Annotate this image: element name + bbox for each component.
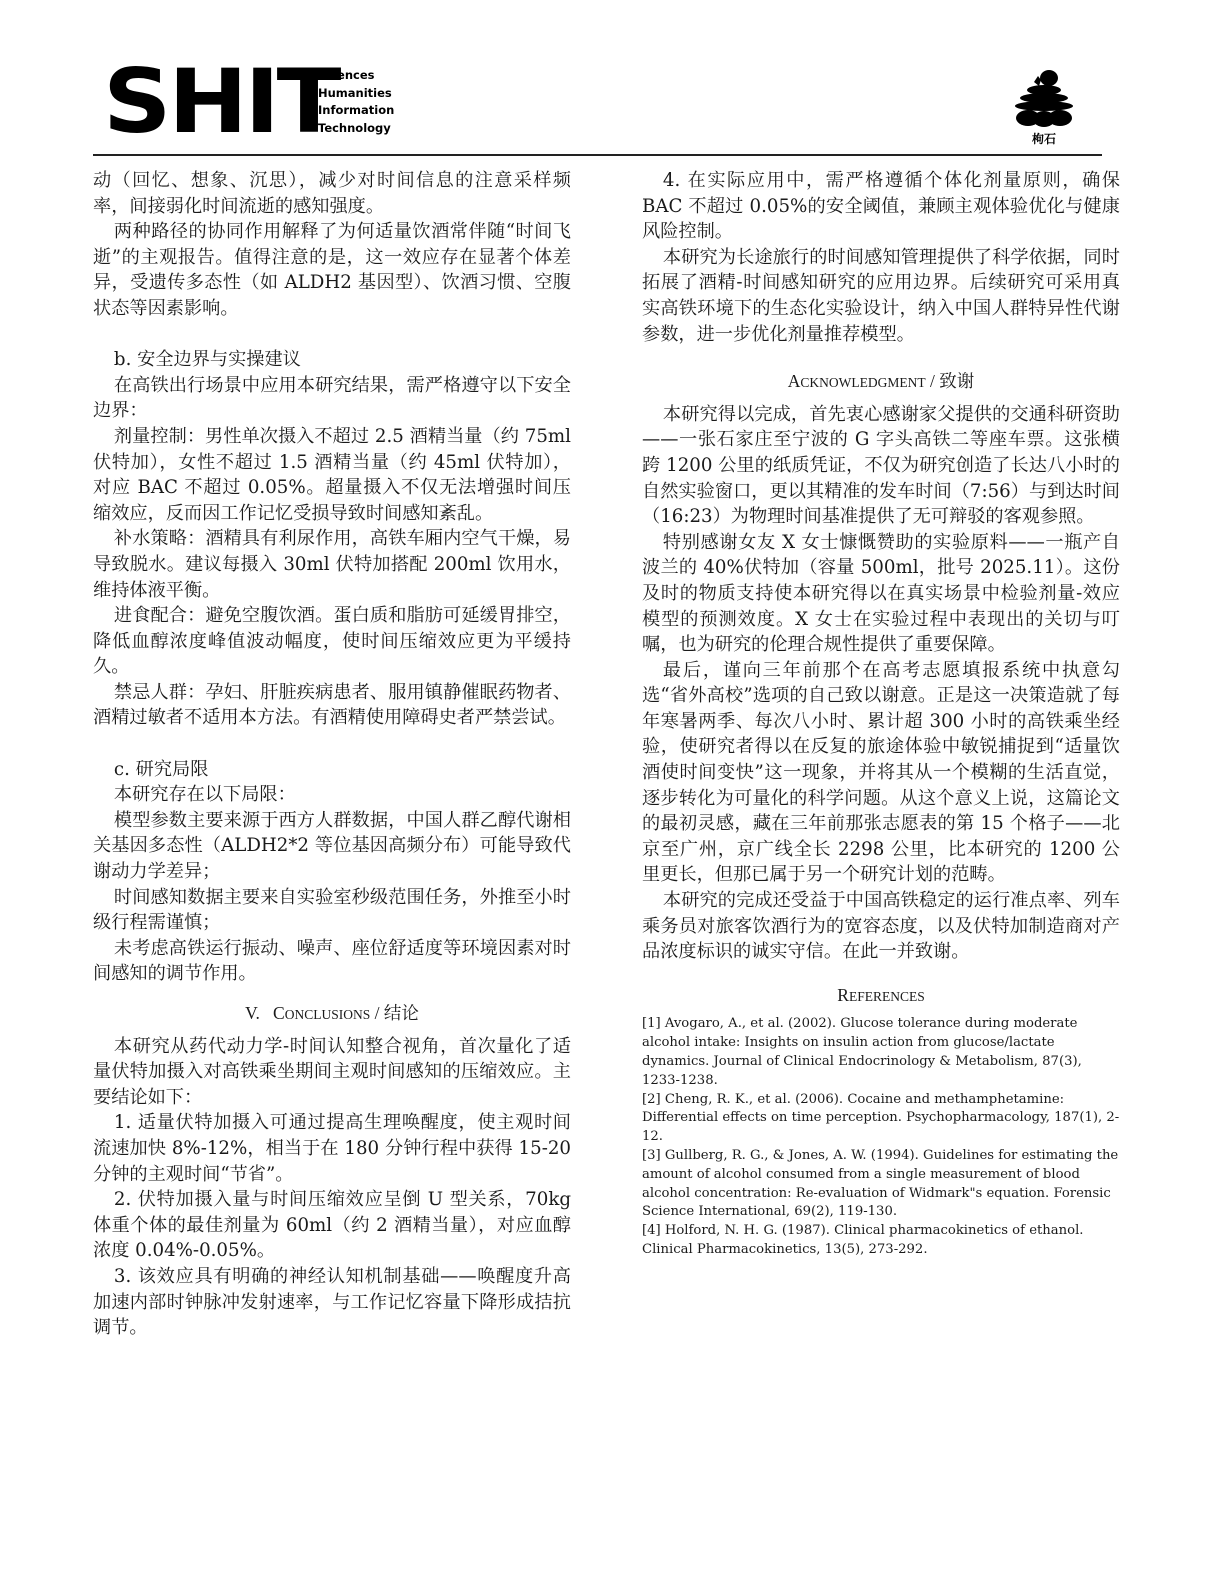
heading-initial: A — [788, 371, 801, 391]
header-divider — [93, 154, 1102, 156]
paragraph-conclusion-intro: 本研究从药代动力学-时间认知整合视角，首次量化了适量伏特加摄入对高铁乘坐期间主观… — [93, 1034, 571, 1111]
paragraph-ack-4: 本研究的完成还受益于中国高铁稳定的运行准点率、列车乘务员对旅客饮酒行为的宽容态度… — [642, 888, 1120, 965]
journal-header: SHIT Sciences Humanities Information Tec… — [93, 60, 1102, 156]
section-heading-acknowledgment: Acknowledgment / 致谢 — [642, 369, 1120, 396]
reference-list: [1] Avogaro, A., et al. (2002). Glucose … — [642, 1015, 1120, 1259]
logo-line-sciences: Sciences — [318, 67, 394, 85]
section-heading-conclusions: V. Conclusions / 结论 — [93, 1001, 571, 1028]
stone-pile-emblem: 枸石 — [1006, 68, 1082, 146]
paragraph-limitation-2: 时间感知数据主要来自实验室秒级范围任务，外推至小时级行程需谨慎； — [93, 885, 571, 936]
subsection-b-title: b. 安全边界与实操建议 — [93, 347, 571, 373]
reference-item-2: [2] Cheng, R. K., et al. (2006). Cocaine… — [642, 1091, 1120, 1147]
paragraph-conclusion-4: 4. 在实际应用中，需严格遵循个体化剂量原则，确保 BAC 不超过 0.05%的… — [642, 168, 1120, 245]
paragraph-dose-control: 剂量控制：男性单次摄入不超过 2.5 酒精当量（约 75ml 伏特加），女性不超… — [93, 424, 571, 526]
logo-line-information: Information — [318, 102, 394, 120]
left-column: 动（回忆、想象、沉思），减少对时间信息的注意采样频率，间接弱化时间流逝的感知强度… — [93, 168, 571, 1341]
subsection-b-intro: 在高铁出行场景中应用本研究结果，需严格遵守以下安全边界： — [93, 373, 571, 424]
paragraph-conclusion-3: 3. 该效应具有明确的神经认知机制基础——唤醒度升高加速内部时钟脉冲发射速率，与… — [93, 1264, 571, 1341]
heading-zh: / 结论 — [370, 1003, 419, 1023]
paragraph-limitation-1: 模型参数主要来源于西方人群数据，中国人群乙醇代谢相关基因多态性（ALDH2*2 … — [93, 808, 571, 885]
logo-line-technology: Technology — [318, 120, 394, 138]
paragraph-food: 进食配合：避免空腹饮酒。蛋白质和脂肪可延缓胃排空，降低血醇浓度峰值波动幅度，使时… — [93, 603, 571, 680]
paragraph-conclusion-1: 1. 适量伏特加摄入可通过提高生理唤醒度，使主观时间流速加快 8%-12%，相当… — [93, 1110, 571, 1187]
paragraph-ack-2: 特别感谢女友 X 女士慷慨赞助的实验原料——一瓶产自波兰的 40%伏特加（容量 … — [642, 530, 1120, 658]
journal-logo-wordmark: SHIT — [103, 60, 338, 144]
paragraph-contraindications: 禁忌人群：孕妇、肝脏疾病患者、服用镇静催眠药物者、酒精过敏者不适用本方法。有酒精… — [93, 680, 571, 731]
spacer — [93, 731, 571, 757]
paragraph-ack-3: 最后，谨向三年前那个在高考志愿填报系统中执意勾选“省外高校”选项的自己致以谢意。… — [642, 658, 1120, 888]
paragraph-synergy: 两种路径的协同作用解释了为何适量饮酒常伴随“时间飞逝”的主观报告。值得注意的是，… — [93, 219, 571, 321]
paragraph-conclusion-closing: 本研究为长途旅行的时间感知管理提供了科学依据，同时拓展了酒精-时间感知研究的应用… — [642, 245, 1120, 347]
reference-item-4: [4] Holford, N. H. G. (1987). Clinical p… — [642, 1222, 1120, 1260]
heading-initial: C — [273, 1003, 285, 1023]
heading-rest: eferences — [849, 989, 925, 1004]
section-heading-references: References — [642, 983, 1120, 1010]
subsection-c-title: c. 研究局限 — [93, 757, 571, 783]
paragraph-limitation-3: 未考虑高铁运行振动、噪声、座位舒适度等环境因素对时间感知的调节作用。 — [93, 936, 571, 987]
paragraph-conclusion-2: 2. 伏特加摄入量与时间压缩效应呈倒 U 型关系，70kg 体重个体的最佳剂量为… — [93, 1187, 571, 1264]
spacer — [93, 322, 571, 348]
paragraph-hydration: 补水策略：酒精具有利尿作用，高铁车厢内空气干燥，易导致脱水。建议每摄入 30ml… — [93, 526, 571, 603]
heading-rest: onclusions — [285, 1007, 371, 1022]
stone-pile-icon — [1006, 68, 1082, 128]
journal-logo-subtitle: Sciences Humanities Information Technolo… — [318, 67, 394, 137]
subsection-c-intro: 本研究存在以下局限： — [93, 782, 571, 808]
logo-line-humanities: Humanities — [318, 85, 394, 103]
heading-rest: cknowledgment — [800, 375, 925, 390]
emblem-label: 枸石 — [1006, 130, 1082, 147]
paragraph-mechanism-cont: 动（回忆、想象、沉思），减少对时间信息的注意采样频率，间接弱化时间流逝的感知强度… — [93, 168, 571, 219]
heading-initial: R — [837, 985, 849, 1005]
paragraph-ack-1: 本研究得以完成，首先衷心感谢家父提供的交通科研资助——一张石家庄至宁波的 G 字… — [642, 402, 1120, 530]
right-column: 4. 在实际应用中，需严格遵循个体化剂量原则，确保 BAC 不超过 0.05%的… — [642, 168, 1120, 1260]
reference-item-3: [3] Gullberg, R. G., & Jones, A. W. (199… — [642, 1147, 1120, 1222]
heading-zh: / 致谢 — [926, 371, 975, 391]
section-numeral: V. — [245, 1003, 260, 1023]
reference-item-1: [1] Avogaro, A., et al. (2002). Glucose … — [642, 1015, 1120, 1090]
